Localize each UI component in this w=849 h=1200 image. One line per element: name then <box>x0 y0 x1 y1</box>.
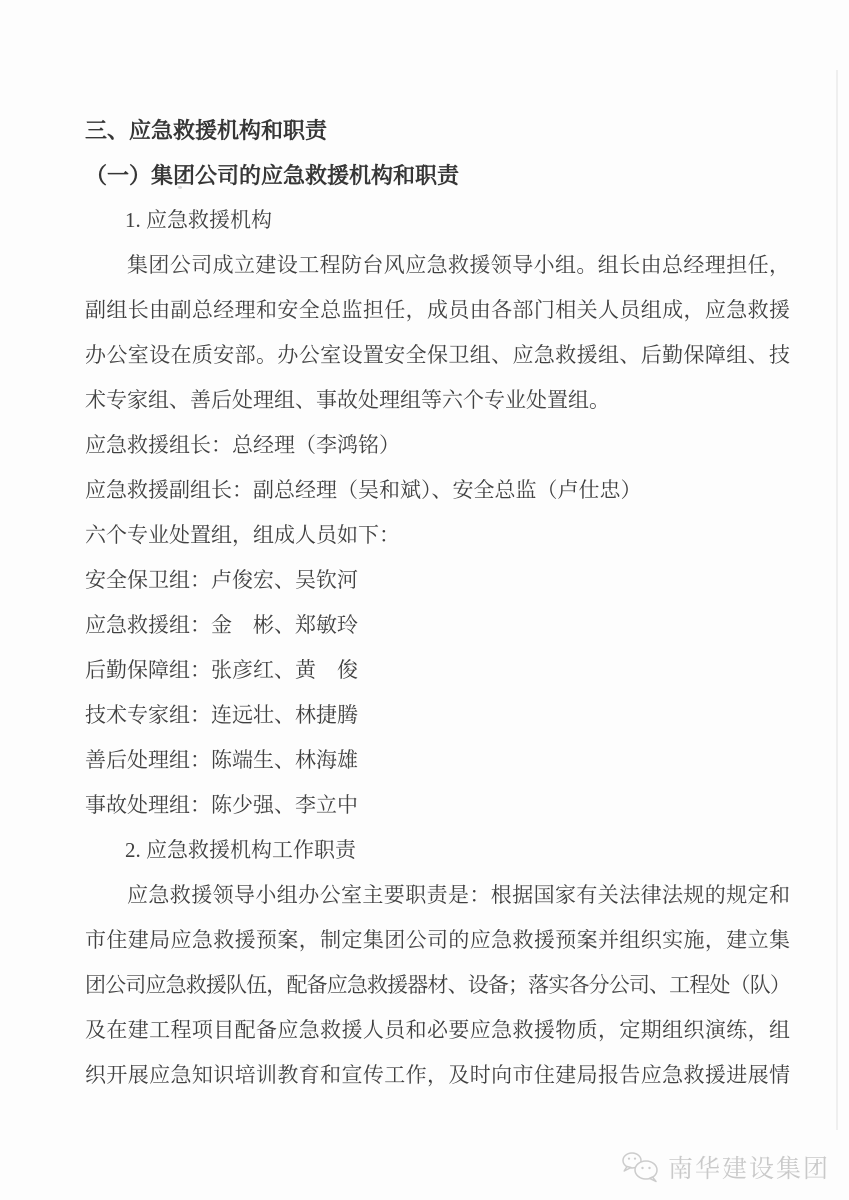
paragraph2-line: 应急救援领导小组办公室主要职责是：根据国家有关法律法规的规定和 <box>85 873 790 918</box>
section-heading: 三、应急救援机构和职责 <box>85 108 790 153</box>
roster-line-deputy-leader: 应急救援副组长：副总经理（吴和斌）、安全总监（卢仕忠） <box>85 468 790 513</box>
paragraph1-line: 术专家组、善后处理组、事故处理组等六个专业处置组。 <box>85 378 790 423</box>
footer-watermark: 南华建设集团 <box>620 1149 830 1185</box>
footer-brand-text: 南华建设集团 <box>668 1149 830 1185</box>
paragraph2-line: 市住建局应急救援预案，制定集团公司的应急救援预案并组织实施，建立集 <box>85 918 790 963</box>
roster-line-aftermath-group: 善后处理组：陈端生、林海雄 <box>85 738 790 783</box>
item2-heading: 2. 应急救援机构工作职责 <box>85 828 790 873</box>
wechat-bubbles-icon <box>620 1150 660 1184</box>
paragraph1-line: 副组长由副总经理和安全总监担任，成员由各部门相关人员组成，应急救援 <box>85 288 790 333</box>
roster-line-accident-group: 事故处理组：陈少强、李立中 <box>85 783 790 828</box>
roster-line-security-group: 安全保卫组：卢俊宏、吴钦河 <box>85 558 790 603</box>
paragraph1-line: 集团公司成立建设工程防台风应急救援领导小组。组长由总经理担任， <box>85 243 790 288</box>
paragraph2-line: 团公司应急救援队伍，配备应急救援器材、设备；落实各分公司、工程处（队） <box>85 963 790 1008</box>
roster-line-intro: 六个专业处置组，组成人员如下： <box>85 513 790 558</box>
roster-line-leader: 应急救援组长：总经理（李鸿铭） <box>85 423 790 468</box>
item1-heading: 1. 应急救援机构 <box>85 198 790 243</box>
scan-edge-line <box>836 70 838 1130</box>
paragraph2-line: 及在建工程项目配备应急救援人员和必要应急救援物质，定期组织演练，组 <box>85 1008 790 1053</box>
document-page: 三、应急救援机构和职责 （一）集团公司的应急救援机构和职责 1. 应急救援机构 … <box>0 0 849 1200</box>
subsection-heading: （一）集团公司的应急救援机构和职责 <box>85 153 790 198</box>
roster-line-expert-group: 技术专家组：连远壮、林捷腾 <box>85 693 790 738</box>
roster-line-logistics-group: 后勤保障组：张彦红、黄 俊 <box>85 648 790 693</box>
roster-line-rescue-group: 应急救援组：金 彬、郑敏玲 <box>85 603 790 648</box>
paragraph2-line: 织开展应急知识培训教育和宣传工作，及时向市住建局报告应急救援进展情 <box>85 1053 790 1098</box>
document-body: 三、应急救援机构和职责 （一）集团公司的应急救援机构和职责 1. 应急救援机构 … <box>85 108 790 1098</box>
paragraph1-line: 办公室设在质安部。办公室设置安全保卫组、应急救援组、后勤保障组、技 <box>85 333 790 378</box>
